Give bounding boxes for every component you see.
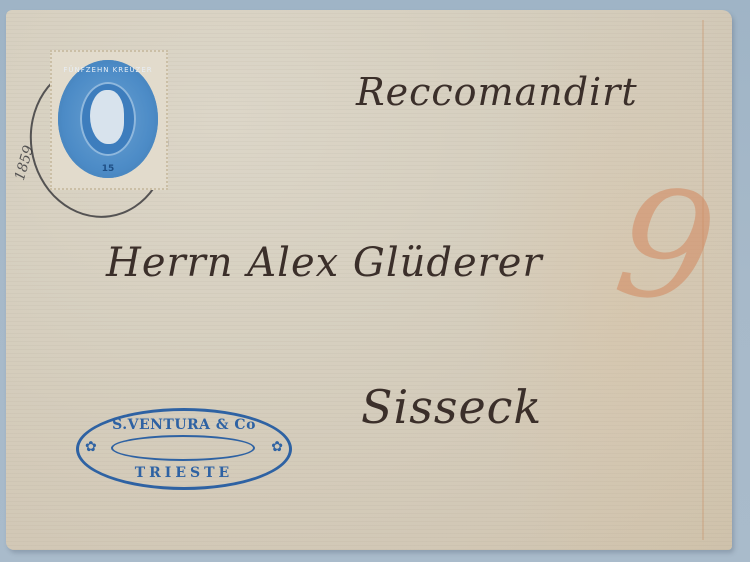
firm-city: TRIESTE [79, 465, 289, 481]
portrait-icon [90, 90, 124, 144]
addressee-name: Herrn Alex Glüderer [106, 240, 543, 286]
rosette-icon: ✿ [85, 439, 97, 455]
rosette-icon: ✿ [271, 439, 283, 455]
registered-label: Reccomandirt [356, 70, 638, 114]
envelope: FÜNFZEHN KREUZER 15 1859 9 Reccomandirt … [6, 10, 732, 550]
stamp-oval: FÜNFZEHN KREUZER 15 [58, 60, 158, 178]
stamp-border-text: FÜNFZEHN KREUZER [58, 66, 158, 74]
stamp-value: 15 [58, 164, 158, 174]
destination-city: Sisseck [361, 380, 542, 434]
stamp-portrait-frame [80, 82, 136, 156]
firm-handstamp: S.VENTURA & Co ✿ ✿ TRIESTE [76, 408, 292, 490]
postage-stamp: FÜNFZEHN KREUZER 15 [50, 50, 168, 190]
firm-name: S.VENTURA & Co [79, 417, 289, 433]
firm-inner-oval [111, 435, 255, 461]
